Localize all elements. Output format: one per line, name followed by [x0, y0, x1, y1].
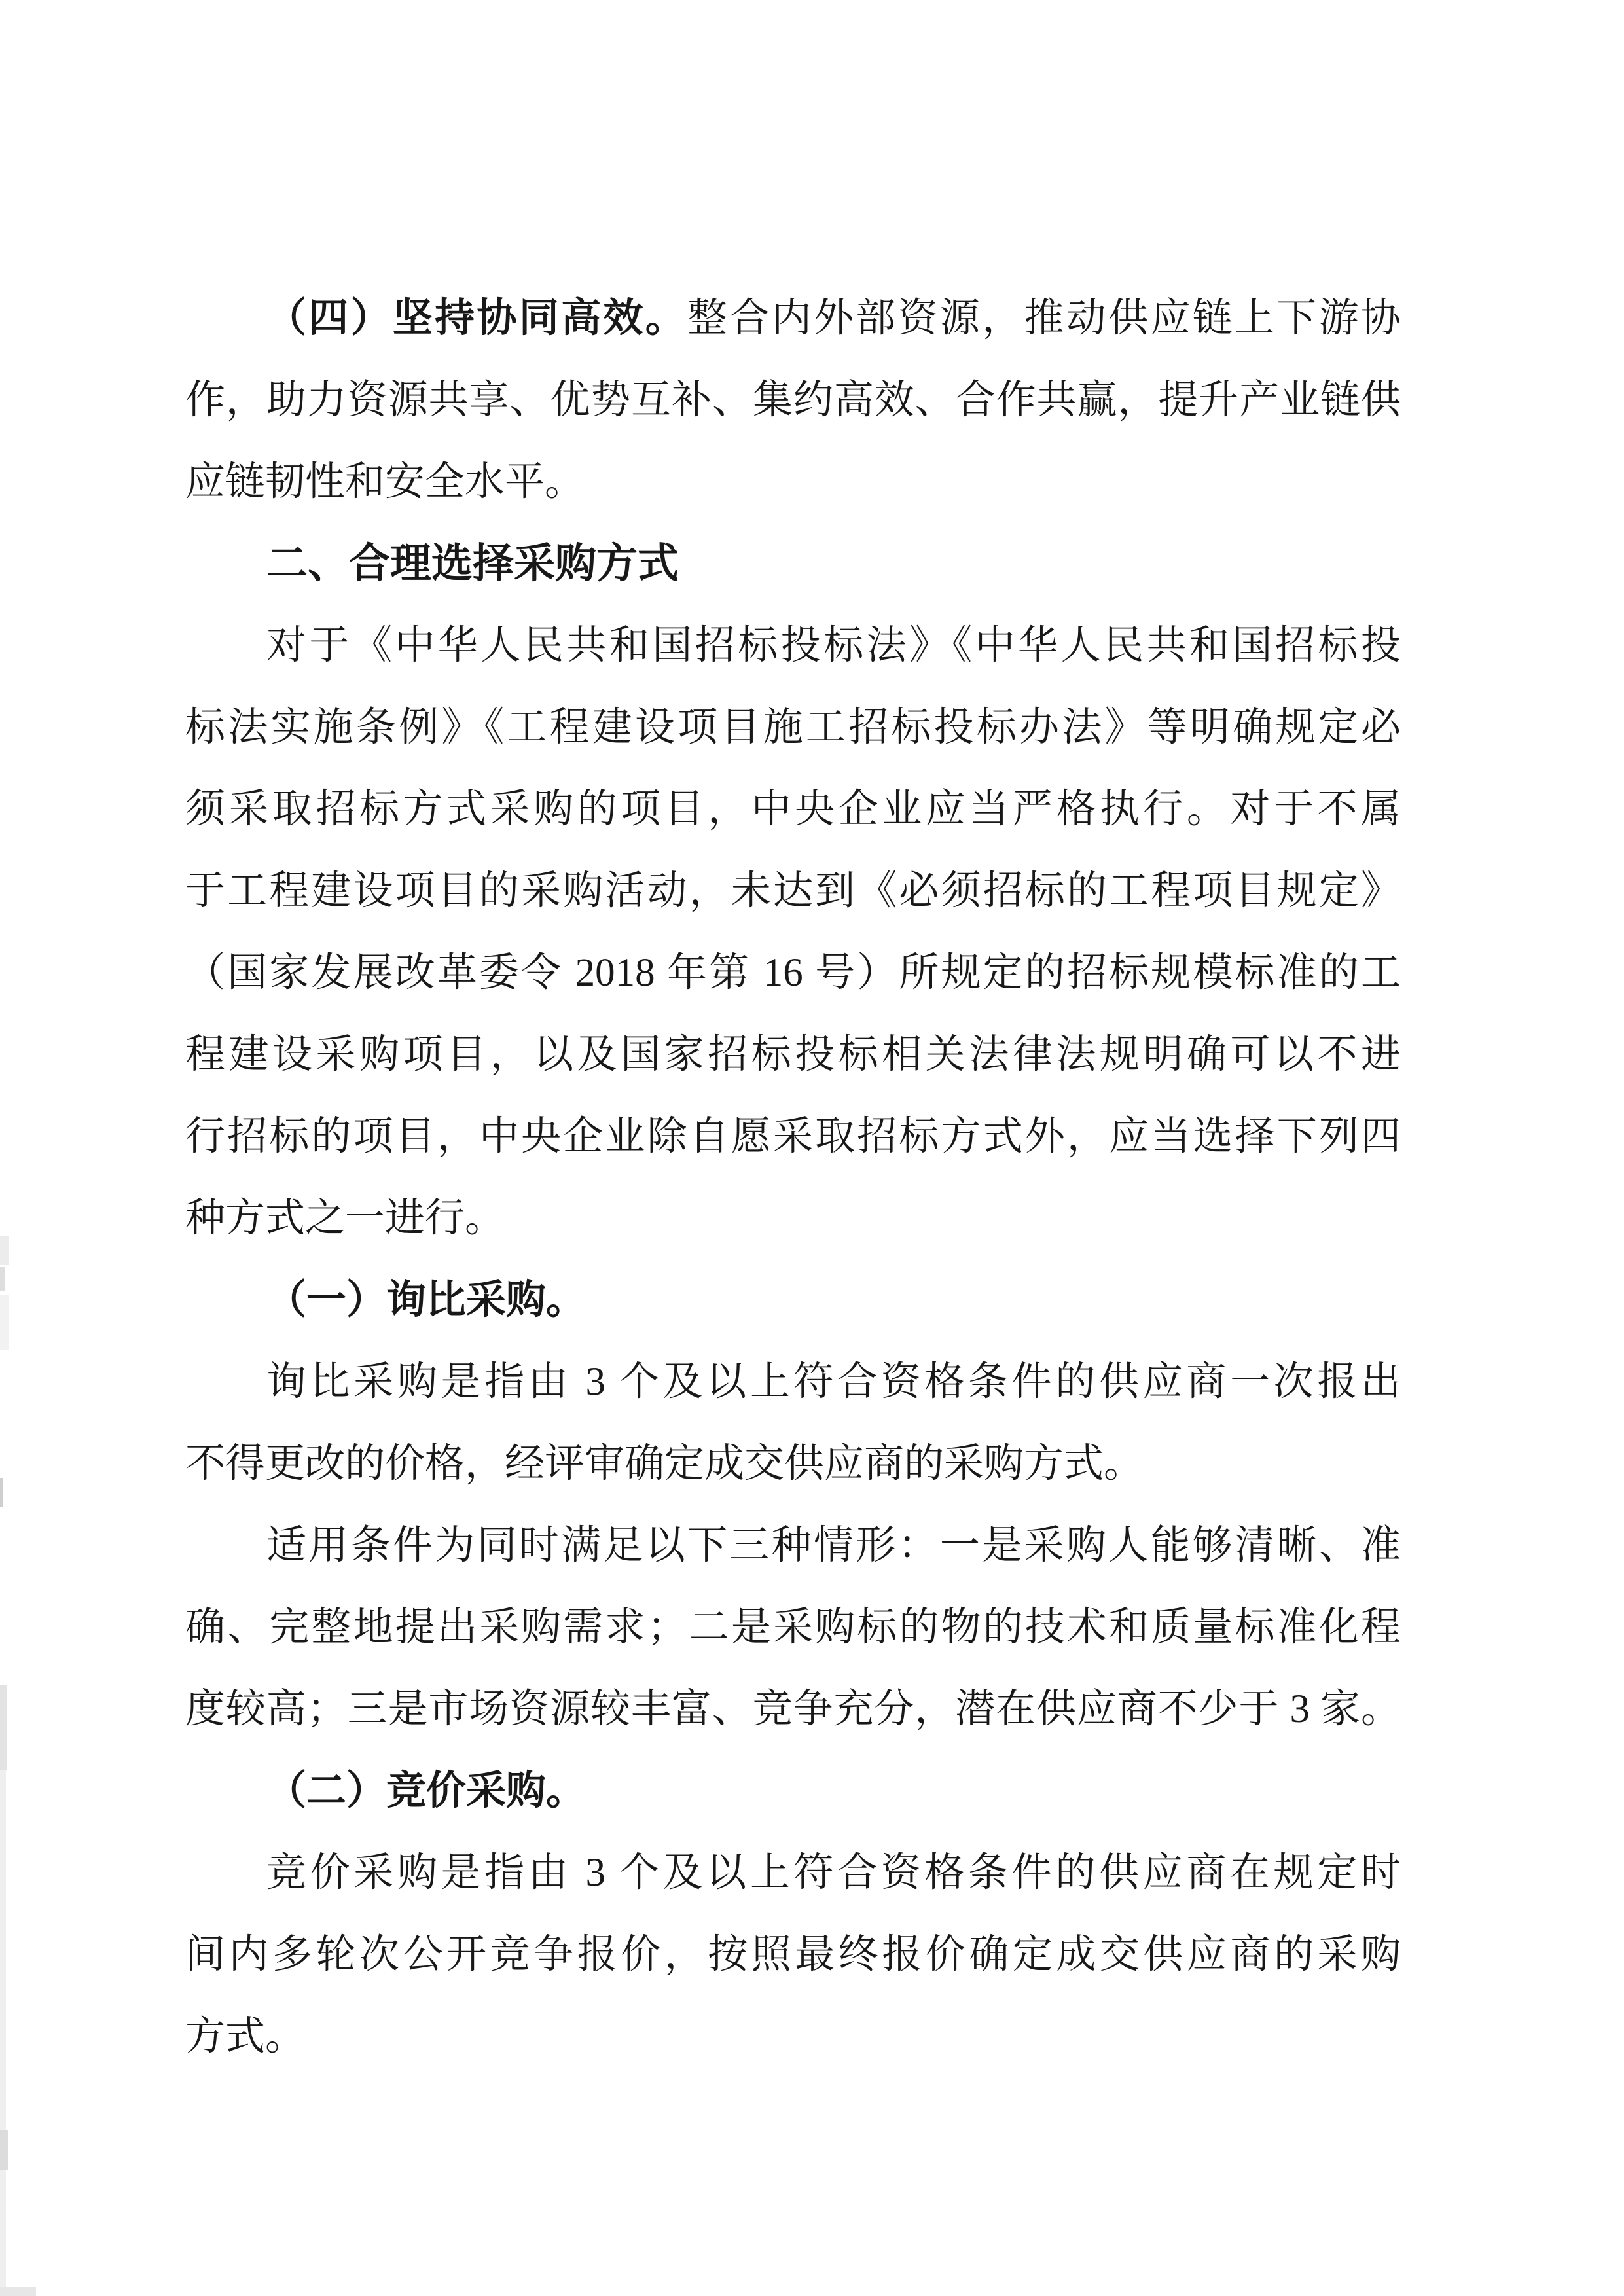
scan-artifact: [0, 1236, 9, 1265]
text-line: 程建设采购项目，以及国家招标投标相关法律法规明确可以不进: [185, 1014, 1401, 1096]
text-segment: 行招标的项目，中央企业除自愿采取招标方式外，应当选择下列四: [185, 1115, 1401, 1158]
scan-artifact: [0, 1267, 5, 1291]
text-line: 不得更改的价格，经评审确定成交供应商的采购方式。: [185, 1423, 1401, 1505]
section-heading: 二、合理选择采购方式: [185, 523, 1401, 605]
text-segment: 确、完整地提出采购需求；二是采购标的物的技术和质量标准化程: [185, 1605, 1401, 1649]
text-line: 应链韧性和安全水平。: [185, 441, 1401, 523]
text-segment: 度较高；三是市场资源较丰富、竞争充分，潜在供应商不少于 3 家。: [185, 1687, 1401, 1731]
text-segment: 于工程建设项目的采购活动，未达到《必须招标的工程项目规定》: [185, 869, 1401, 913]
text-segment: 整合内外部资源，推动供应链上下游协: [687, 296, 1401, 340]
text-line: 作，助力资源共享、优势互补、集约高效、合作共赢，提升产业链供: [185, 359, 1401, 441]
text-line: 行招标的项目，中央企业除自愿采取招标方式外，应当选择下列四: [185, 1096, 1401, 1177]
text-segment: 作，助力资源共享、优势互补、集约高效、合作共赢，提升产业链供: [185, 378, 1401, 422]
document-page: （四）坚持协同高效。整合内外部资源，推动供应链上下游协作，助力资源共享、优势互补…: [0, 0, 1624, 2296]
text-segment: 适用条件为同时满足以下三种情形：一是采购人能够清晰、准: [266, 1524, 1401, 1568]
text-line: 种方式之一进行。: [185, 1177, 1401, 1259]
text-segment: 方式。: [185, 2015, 305, 2058]
text-segment: 间内多轮次公开竞争报价，按照最终报价确定成交供应商的采购: [185, 1933, 1401, 1977]
text-segment: （国家发展改革委令 2018 年第 16 号）所规定的招标规模标准的工: [185, 951, 1401, 995]
text-segment: 不得更改的价格，经评审确定成交供应商的采购方式。: [185, 1442, 1144, 1486]
text-line: 间内多轮次公开竞争报价，按照最终报价确定成交供应商的采购: [185, 1914, 1401, 1996]
scan-artifact: [0, 2287, 36, 2296]
text-line: 适用条件为同时满足以下三种情形：一是采购人能够清晰、准: [185, 1505, 1401, 1587]
sub-heading: （二）竞价采购。: [185, 1750, 1401, 1832]
text-line: 询比采购是指由 3 个及以上符合资格条件的供应商一次报出: [185, 1341, 1401, 1423]
text-segment: 竞价采购是指由 3 个及以上符合资格条件的供应商在规定时: [266, 1851, 1401, 1895]
text-segment: 应链韧性和安全水平。: [185, 460, 585, 504]
scan-artifact: [0, 1770, 6, 2294]
text-segment: （二）竞价采购。: [266, 1769, 586, 1813]
text-segment: 须采取招标方式采购的项目，中央企业应当严格执行。对于不属: [185, 787, 1401, 831]
text-line: 于工程建设项目的采购活动，未达到《必须招标的工程项目规定》: [185, 850, 1401, 932]
text-line: （国家发展改革委令 2018 年第 16 号）所规定的招标规模标准的工: [185, 932, 1401, 1014]
text-segment: 种方式之一进行。: [185, 1196, 505, 1240]
document-body: （四）坚持协同高效。整合内外部资源，推动供应链上下游协作，助力资源共享、优势互补…: [185, 278, 1401, 2077]
text-segment: 询比采购是指由 3 个及以上符合资格条件的供应商一次报出: [266, 1360, 1401, 1404]
scan-artifact: [0, 2130, 8, 2170]
text-line: 确、完整地提出采购需求；二是采购标的物的技术和质量标准化程: [185, 1587, 1401, 1668]
text-segment: 标法实施条例》《工程建设项目施工招标投标办法》等明确规定必: [185, 706, 1401, 749]
text-line: 竞价采购是指由 3 个及以上符合资格条件的供应商在规定时: [185, 1832, 1401, 1914]
text-segment: （四）坚持协同高效。: [266, 296, 687, 340]
text-segment: 对于《中华人民共和国招标投标法》《中华人民共和国招标投: [266, 624, 1401, 668]
sub-heading: （一）询比采购。: [185, 1259, 1401, 1341]
text-segment: 程建设采购项目，以及国家招标投标相关法律法规明确可以不进: [185, 1033, 1401, 1077]
text-segment: （一）询比采购。: [266, 1278, 586, 1322]
text-line: 方式。: [185, 1996, 1401, 2077]
text-line: 度较高；三是市场资源较丰富、竞争充分，潜在供应商不少于 3 家。: [185, 1668, 1401, 1750]
scan-artifact: [0, 1295, 9, 1350]
scan-artifact: [0, 1685, 7, 1770]
text-line: 须采取招标方式采购的项目，中央企业应当严格执行。对于不属: [185, 768, 1401, 850]
text-line: 对于《中华人民共和国招标投标法》《中华人民共和国招标投: [185, 605, 1401, 687]
scan-artifact: [0, 1478, 3, 1507]
text-line: （四）坚持协同高效。整合内外部资源，推动供应链上下游协: [185, 278, 1401, 359]
text-segment: 二、合理选择采购方式: [266, 541, 679, 586]
text-line: 标法实施条例》《工程建设项目施工招标投标办法》等明确规定必: [185, 687, 1401, 768]
